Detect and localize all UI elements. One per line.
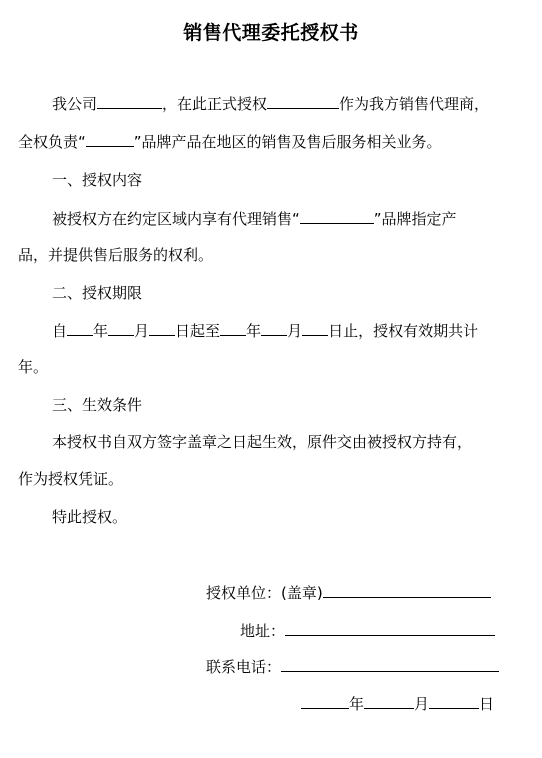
- section-1-line-2: 品，并提供售后服务的权利。: [18, 245, 213, 265]
- unit-seal-blank[interactable]: [323, 582, 491, 598]
- end-year-blank[interactable]: [220, 320, 246, 336]
- text: ”品牌产品在地区的销售及售后服务相关业务。: [134, 133, 442, 151]
- text: 月: [287, 322, 302, 340]
- text: 全权负责“: [18, 133, 86, 151]
- brand-product-blank[interactable]: [300, 208, 374, 224]
- text: 日起至: [175, 322, 220, 340]
- signature-phone-row: 联系电话：: [206, 656, 499, 677]
- phone-blank[interactable]: [281, 656, 499, 672]
- start-month-blank[interactable]: [108, 320, 134, 336]
- text: ，在此正式授权: [162, 95, 267, 113]
- company-name-blank[interactable]: [97, 93, 162, 109]
- unit-label: 授权单位：(盖章): [206, 584, 323, 602]
- sign-year-blank[interactable]: [301, 693, 349, 709]
- brand-blank[interactable]: [86, 131, 134, 147]
- text: 月: [414, 695, 429, 713]
- signature-date-row: 年月日: [301, 693, 494, 714]
- text: 日: [479, 695, 494, 713]
- text: 作为我方销售代理商，: [339, 95, 489, 113]
- phone-label: 联系电话：: [206, 658, 281, 676]
- text: 自: [52, 322, 67, 340]
- section-1-heading: 一、授权内容: [52, 170, 142, 190]
- section-2-line-2: 年。: [18, 357, 48, 377]
- text: 被授权方在约定区域内享有代理销售“: [52, 210, 300, 228]
- section-3-line-2: 作为授权凭证。: [18, 469, 123, 489]
- section-3-heading: 三、生效条件: [52, 395, 142, 415]
- start-year-blank[interactable]: [67, 320, 93, 336]
- text: 年: [246, 322, 261, 340]
- paragraph-authorization-line-1: 我公司，在此正式授权作为我方销售代理商，: [52, 93, 489, 114]
- section-1-line-1: 被授权方在约定区域内享有代理销售“”品牌指定产: [52, 208, 457, 229]
- page-title: 销售代理委托授权书: [0, 18, 542, 45]
- text: 年: [349, 695, 364, 713]
- address-label: 地址：: [240, 622, 285, 640]
- agent-name-blank[interactable]: [267, 93, 339, 109]
- signature-address-row: 地址：: [240, 620, 495, 641]
- section-2-heading: 二、授权期限: [52, 283, 142, 303]
- end-day-blank[interactable]: [302, 320, 328, 336]
- text: 月: [134, 322, 149, 340]
- end-month-blank[interactable]: [261, 320, 287, 336]
- start-day-blank[interactable]: [149, 320, 175, 336]
- text: ”品牌指定产: [374, 210, 457, 228]
- text: 年: [93, 322, 108, 340]
- address-blank[interactable]: [285, 620, 495, 636]
- sign-day-blank[interactable]: [429, 693, 479, 709]
- signature-unit-row: 授权单位：(盖章): [206, 582, 491, 603]
- text: 我公司: [52, 95, 97, 113]
- section-2-line-1: 自年月日起至年月日止，授权有效期共计: [52, 320, 478, 341]
- closing-statement: 特此授权。: [52, 507, 127, 527]
- section-3-line-1: 本授权书自双方签字盖章之日起生效，原件交由被授权方持有，: [52, 432, 472, 452]
- paragraph-authorization-line-2: 全权负责“”品牌产品在地区的销售及售后服务相关业务。: [18, 131, 442, 152]
- sign-month-blank[interactable]: [364, 693, 414, 709]
- text: 日止，授权有效期共计: [328, 322, 478, 340]
